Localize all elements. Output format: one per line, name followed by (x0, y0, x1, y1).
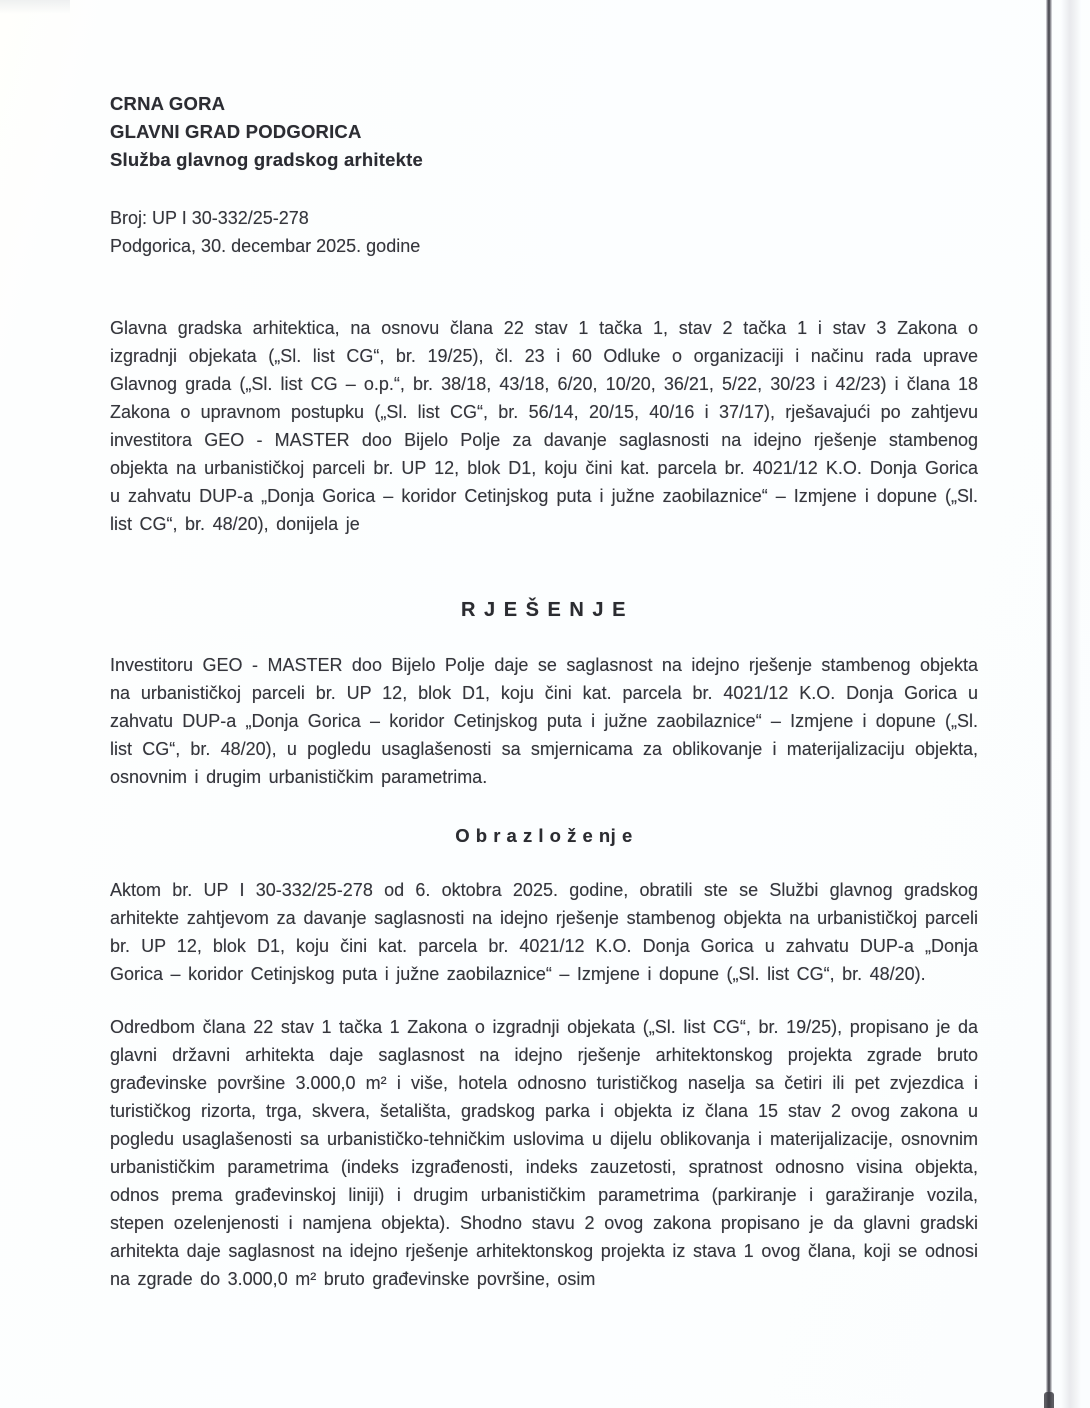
rationale-heading: O b r a z l o ž e nj e (110, 822, 978, 850)
rationale-paragraph-law: Odredbom člana 22 stav 1 tačka 1 Zakona … (110, 1013, 978, 1293)
document-page: CRNA GORA GLAVNI GRAD PODGORICA Služba g… (0, 0, 1090, 1408)
letterhead-country: CRNA GORA (110, 90, 978, 118)
scan-corner-artifact (0, 0, 70, 14)
document-number: Broj: UP I 30-332/25-278 (110, 204, 978, 232)
rationale-paragraph-request: Aktom br. UP I 30-332/25-278 od 6. oktob… (110, 876, 978, 988)
letterhead-city: GLAVNI GRAD PODGORICA (110, 118, 978, 146)
scan-edge-line-artifact (1046, 0, 1052, 1408)
decision-paragraph: Investitoru GEO - MASTER doo Bijelo Polj… (110, 651, 978, 791)
letterhead-office: Služba glavnog gradskog arhitekte (110, 146, 978, 174)
intro-paragraph: Glavna gradska arhitektica, na osnovu čl… (110, 314, 978, 538)
document-meta: Broj: UP I 30-332/25-278 Podgorica, 30. … (110, 204, 978, 260)
document-date-place: Podgorica, 30. decembar 2025. godine (110, 232, 978, 260)
decision-heading: R J E Š E N J E (110, 596, 978, 624)
letterhead: CRNA GORA GLAVNI GRAD PODGORICA Služba g… (110, 90, 978, 174)
scan-edge-band-artifact (1061, 0, 1081, 1408)
